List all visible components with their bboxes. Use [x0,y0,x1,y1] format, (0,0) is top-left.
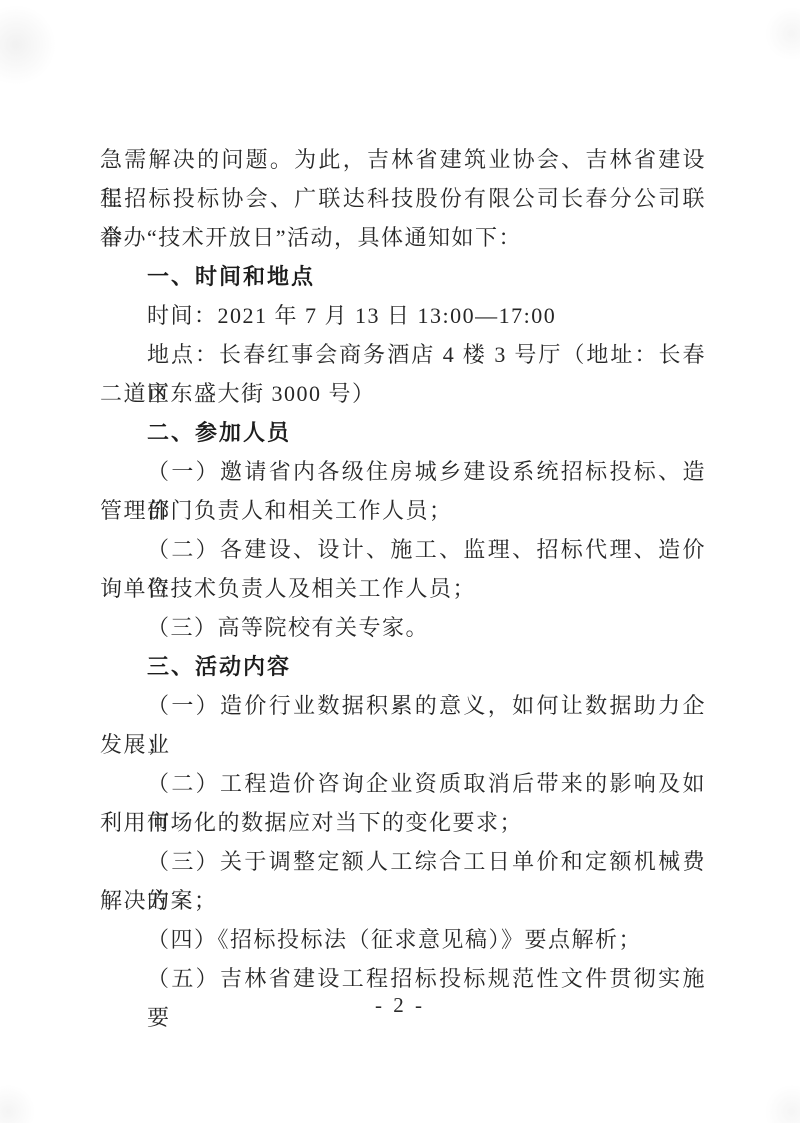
text-line: （三）高等院校有关专家。 [100,608,706,647]
text-line: 急需解决的问题。为此，吉林省建筑业协会、吉林省建设工 [100,140,706,179]
text-line: 时间：2021 年 7 月 13 日 13:00—17:00 [100,296,706,335]
text-line: 解决方案； [100,881,706,920]
text-line: （四）《招标投标法（征求意见稿）》要点解析； [100,920,706,959]
text-line: 管理部门负责人和相关工作人员； [100,491,706,530]
text-line: 地点：长春红事会商务酒店 4 楼 3 号厅（地址：长春市 [100,335,706,374]
text-line: 询单位技术负责人及相关工作人员； [100,569,706,608]
text-line: 举办“技术开放日”活动，具体通知如下： [100,218,706,257]
text-line: 发展； [100,725,706,764]
text-line: （三）关于调整定额人工综合工日单价和定额机械费的 [100,842,706,881]
text-line: 二道区东盛大街 3000 号） [100,374,706,413]
text-line: （一）邀请省内各级住房城乡建设系统招标投标、造价 [100,452,706,491]
text-line: （二）各建设、设计、施工、监理、招标代理、造价咨 [100,530,706,569]
text-line: 利用市场化的数据应对当下的变化要求； [100,803,706,842]
page-number: - 2 - [0,993,800,1018]
section-heading: 一、时间和地点 [100,257,706,296]
section-heading: 三、活动内容 [100,647,706,686]
document-page: 急需解决的问题。为此，吉林省建筑业协会、吉林省建设工 程招标投标协会、广联达科技… [0,0,800,1123]
text-line: 程招标投标协会、广联达科技股份有限公司长春分公司联合 [100,179,706,218]
text-line: （一）造价行业数据积累的意义，如何让数据助力企业 [100,686,706,725]
text-line: （二）工程造价咨询企业资质取消后带来的影响及如何 [100,764,706,803]
section-heading: 二、参加人员 [100,413,706,452]
document-body: 急需解决的问题。为此，吉林省建筑业协会、吉林省建设工 程招标投标协会、广联达科技… [100,140,706,998]
